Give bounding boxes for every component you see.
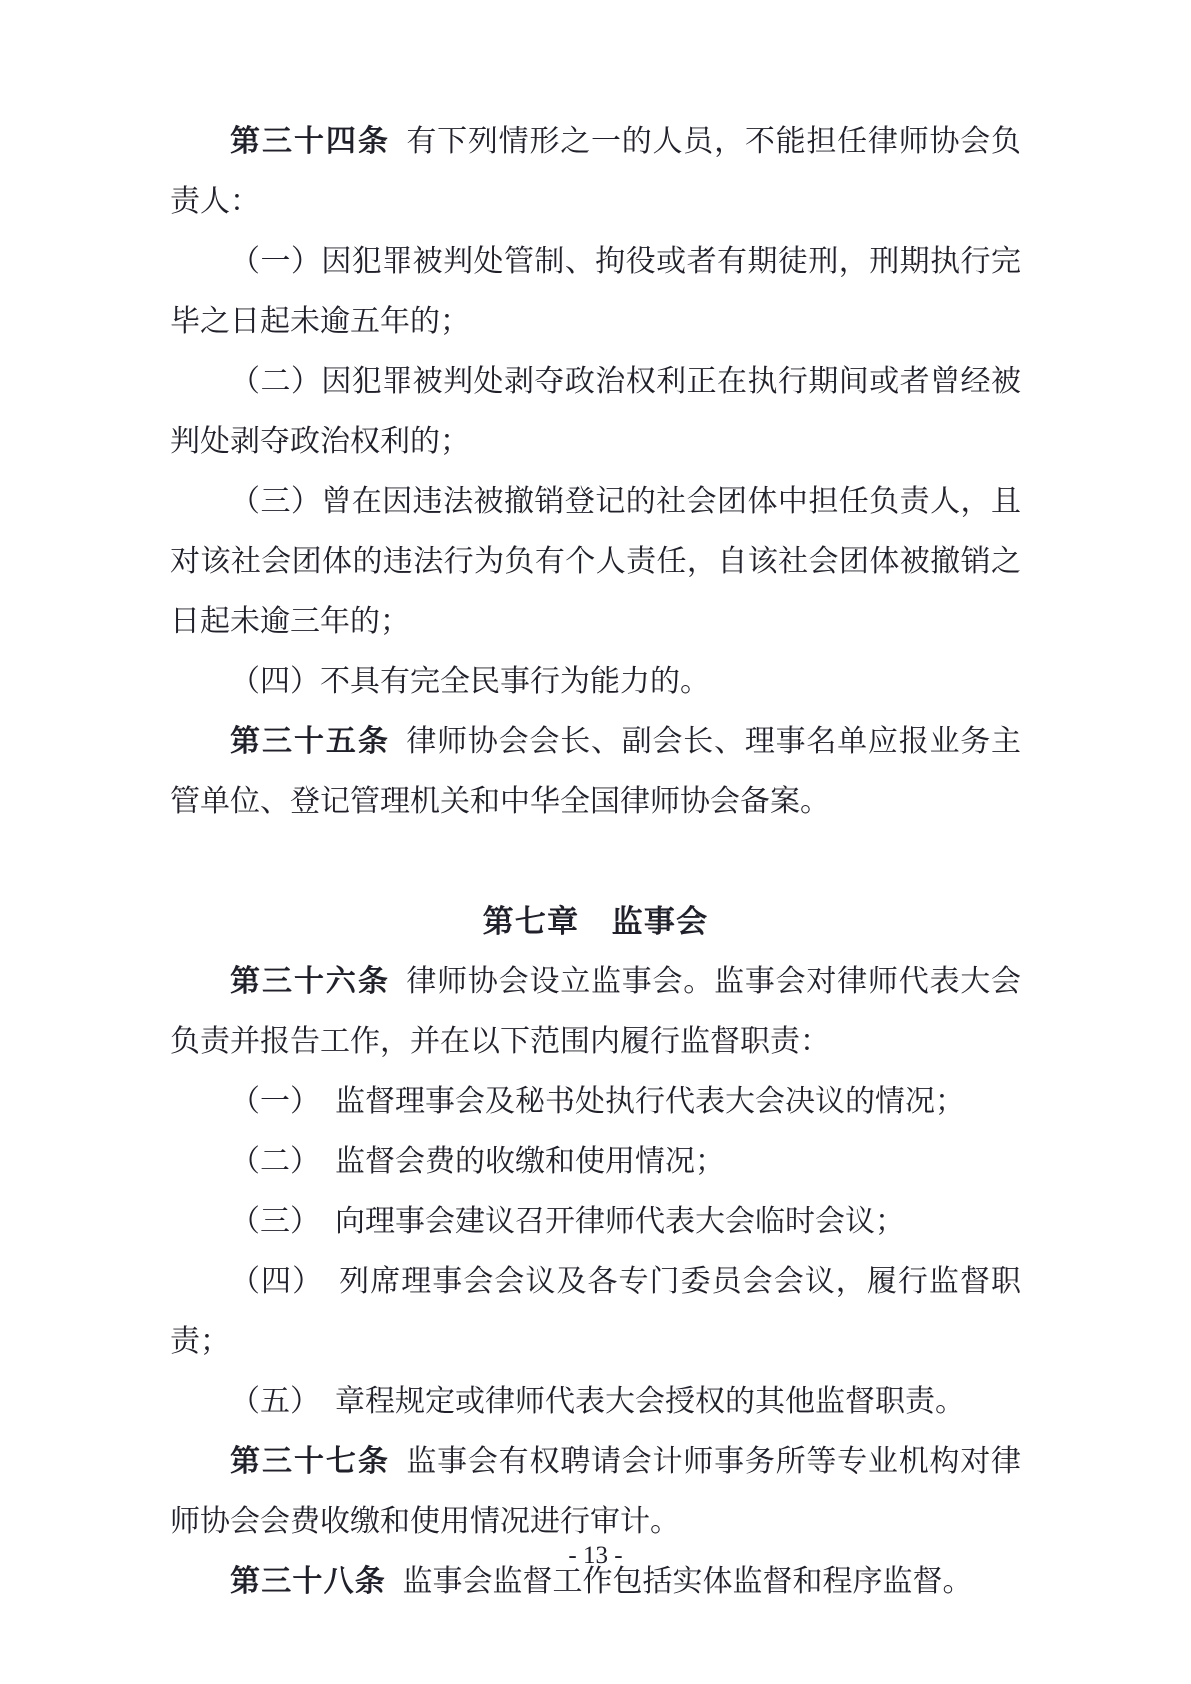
article-paragraph: 第三十五条律师协会会长、副会长、理事名单应报业务主管单位、登记管理机关和中华全国…	[170, 712, 1021, 832]
article-paragraph: 第三十七条监事会有权聘请会计师事务所等专业机构对律师协会会费收缴和使用情况进行审…	[170, 1432, 1021, 1552]
list-item-paragraph: （一） 监督理事会及秘书处执行代表大会决议的情况；	[170, 1072, 1021, 1132]
list-item-paragraph: （五） 章程规定或律师代表大会授权的其他监督职责。	[170, 1372, 1021, 1432]
list-item-paragraph: （三）曾在因违法被撤销登记的社会团体中担任负责人，且对该社会团体的违法行为负有个…	[170, 472, 1021, 652]
list-item-paragraph: （四）不具有完全民事行为能力的。	[170, 652, 1021, 712]
list-item-paragraph: （二） 监督会费的收缴和使用情况；	[170, 1132, 1021, 1192]
page-number: - 13 -	[0, 1540, 1191, 1572]
chapter-heading: 第七章 监事会	[170, 892, 1021, 952]
article-number: 第三十六条	[230, 965, 390, 998]
article-paragraph: 第三十六条律师协会设立监事会。监事会对律师代表大会负责并报告工作，并在以下范围内…	[170, 952, 1021, 1072]
list-item-paragraph: （三） 向理事会建议召开律师代表大会临时会议；	[170, 1192, 1021, 1252]
article-paragraph: 第三十四条有下列情形之一的人员，不能担任律师协会负责人：	[170, 112, 1021, 232]
document-page: 第三十四条有下列情形之一的人员，不能担任律师协会负责人：（一）因犯罪被判处管制、…	[0, 0, 1191, 1684]
article-number: 第三十七条	[230, 1445, 390, 1478]
article-number: 第三十四条	[230, 125, 390, 158]
article-number: 第三十五条	[230, 725, 390, 758]
list-item-paragraph: （二）因犯罪被判处剥夺政治权利正在执行期间或者曾经被判处剥夺政治权利的；	[170, 352, 1021, 472]
list-item-paragraph: （四） 列席理事会会议及各专门委员会会议，履行监督职责；	[170, 1252, 1021, 1372]
document-body: 第三十四条有下列情形之一的人员，不能担任律师协会负责人：（一）因犯罪被判处管制、…	[0, 0, 1191, 1612]
list-item-paragraph: （一）因犯罪被判处管制、拘役或者有期徒刑，刑期执行完毕之日起未逾五年的；	[170, 232, 1021, 352]
